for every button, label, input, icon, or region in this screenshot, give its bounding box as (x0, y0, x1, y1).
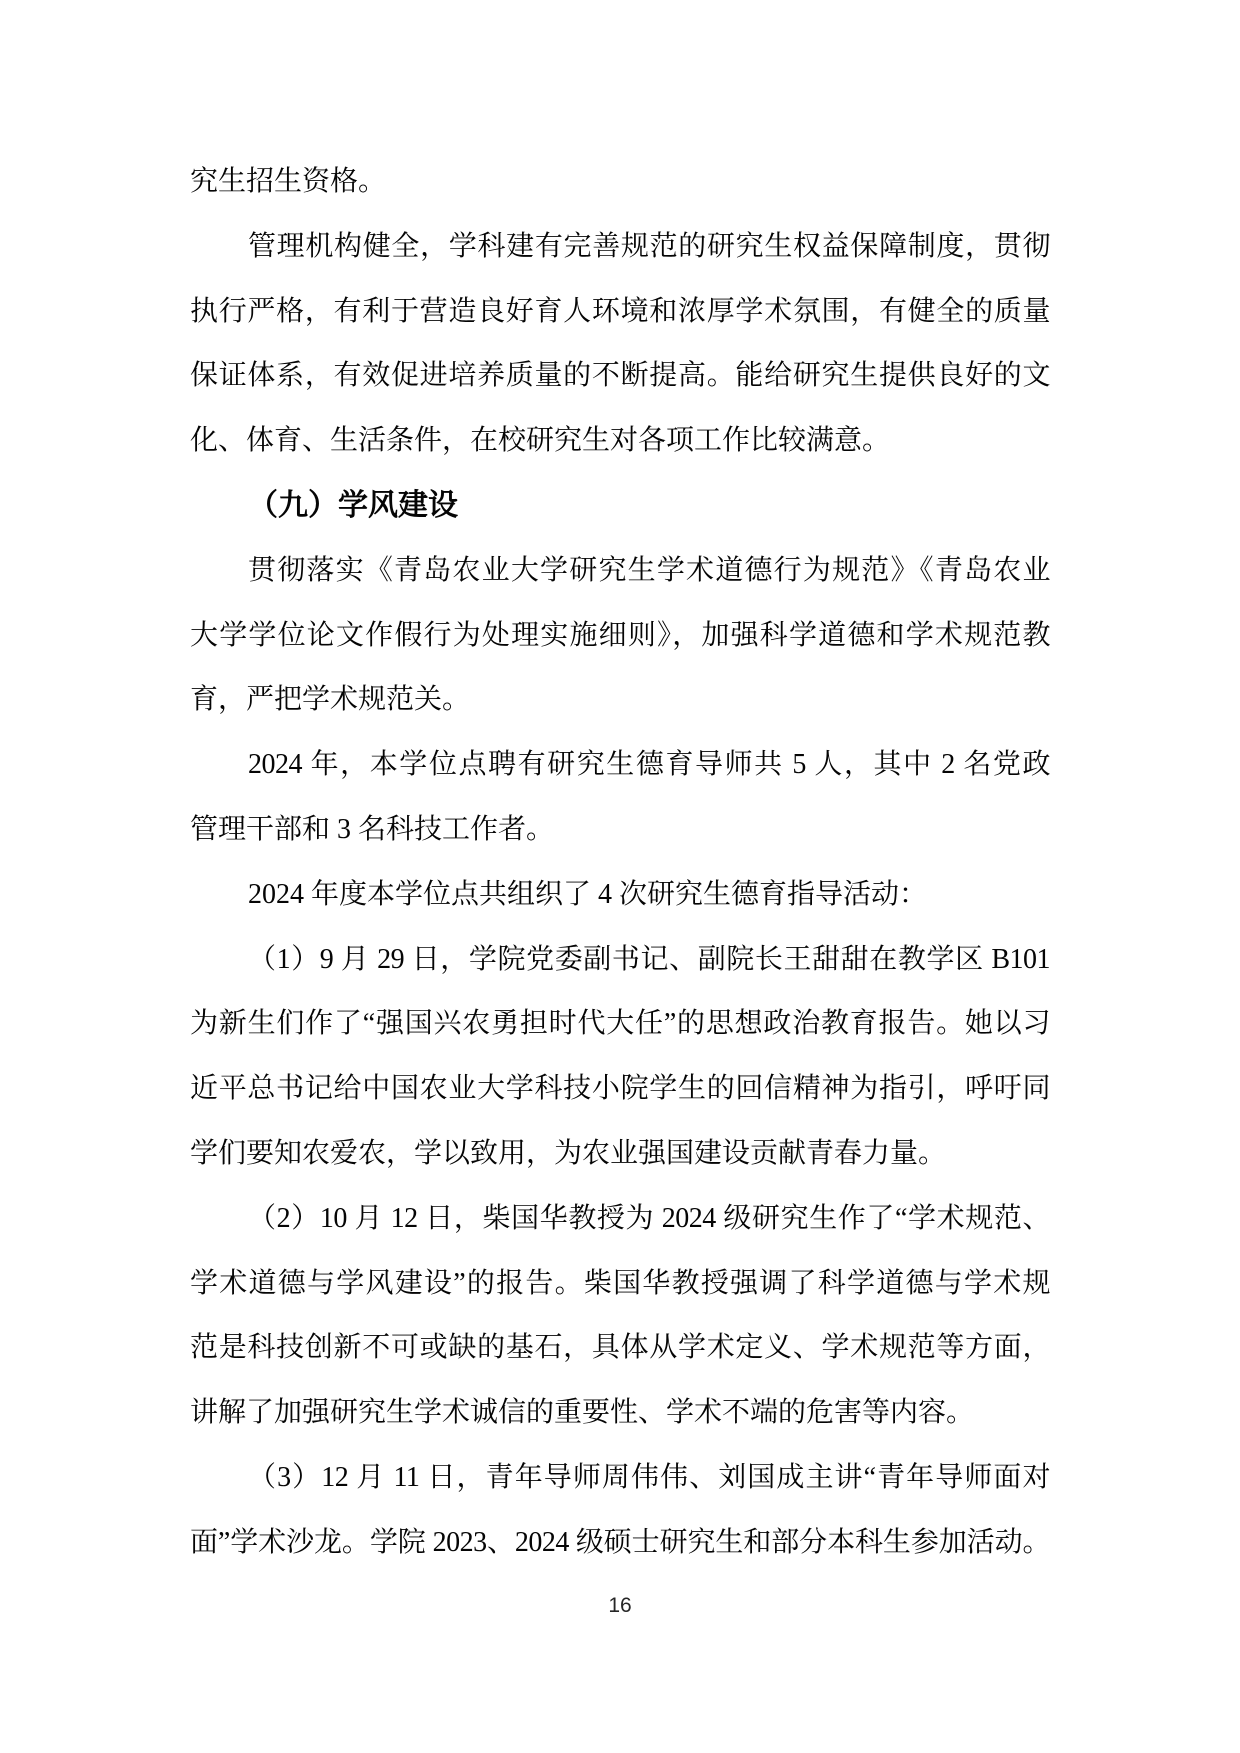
text-line: 面”学术沙龙。学院 2023、2024 级硕士研究生和部分本科生参加活动。 (190, 1511, 1050, 1576)
section-heading: （九）学风建设 (190, 474, 1050, 539)
text-line: 贯彻落实《青岛农业大学研究生学术道德行为规范》《青岛农业 (190, 539, 1050, 604)
text-line: 近平总书记给中国农业大学科技小院学生的回信精神为指引，呼吁同 (190, 1057, 1050, 1122)
text-line: 管理机构健全，学科建有完善规范的研究生权益保障制度，贯彻 (190, 215, 1050, 280)
text-line: 学术道德与学风建设”的报告。柴国华教授强调了科学道德与学术规 (190, 1252, 1050, 1317)
text-line: 究生招生资格。 (190, 150, 1050, 215)
page-number: 16 (0, 1591, 1240, 1621)
text-line: 管理干部和 3 名科技工作者。 (190, 798, 1050, 863)
text-line: 育，严把学术规范关。 (190, 668, 1050, 733)
document-page: 究生招生资格。管理机构健全，学科建有完善规范的研究生权益保障制度，贯彻执行严格，… (0, 0, 1240, 1753)
text-line: 化、体育、生活条件，在校研究生对各项工作比较满意。 (190, 409, 1050, 474)
text-line: （2）10 月 12 日，柴国华教授为 2024 级研究生作了“学术规范、 (190, 1187, 1050, 1252)
text-line: 执行严格，有利于营造良好育人环境和浓厚学术氛围，有健全的质量 (190, 280, 1050, 345)
text-line: 为新生们作了“强国兴农勇担时代大任”的思想政治教育报告。她以习 (190, 992, 1050, 1057)
text-line: （3）12 月 11 日，青年导师周伟伟、刘国成主讲“青年导师面对 (190, 1446, 1050, 1511)
text-line: 2024 年，本学位点聘有研究生德育导师共 5 人，其中 2 名党政 (190, 733, 1050, 798)
text-line: 讲解了加强研究生学术诚信的重要性、学术不端的危害等内容。 (190, 1381, 1050, 1446)
text-line: 范是科技创新不可或缺的基石，具体从学术定义、学术规范等方面， (190, 1316, 1050, 1381)
page-body: 究生招生资格。管理机构健全，学科建有完善规范的研究生权益保障制度，贯彻执行严格，… (190, 150, 1050, 1576)
text-line: （1）9 月 29 日，学院党委副书记、副院长王甜甜在教学区 B101 (190, 928, 1050, 993)
text-line: 大学学位论文作假行为处理实施细则》，加强科学道德和学术规范教 (190, 604, 1050, 669)
text-line: 2024 年度本学位点共组织了 4 次研究生德育指导活动： (190, 863, 1050, 928)
text-line: 学们要知农爱农，学以致用，为农业强国建设贡献青春力量。 (190, 1122, 1050, 1187)
text-line: 保证体系，有效促进培养质量的不断提高。能给研究生提供良好的文 (190, 344, 1050, 409)
